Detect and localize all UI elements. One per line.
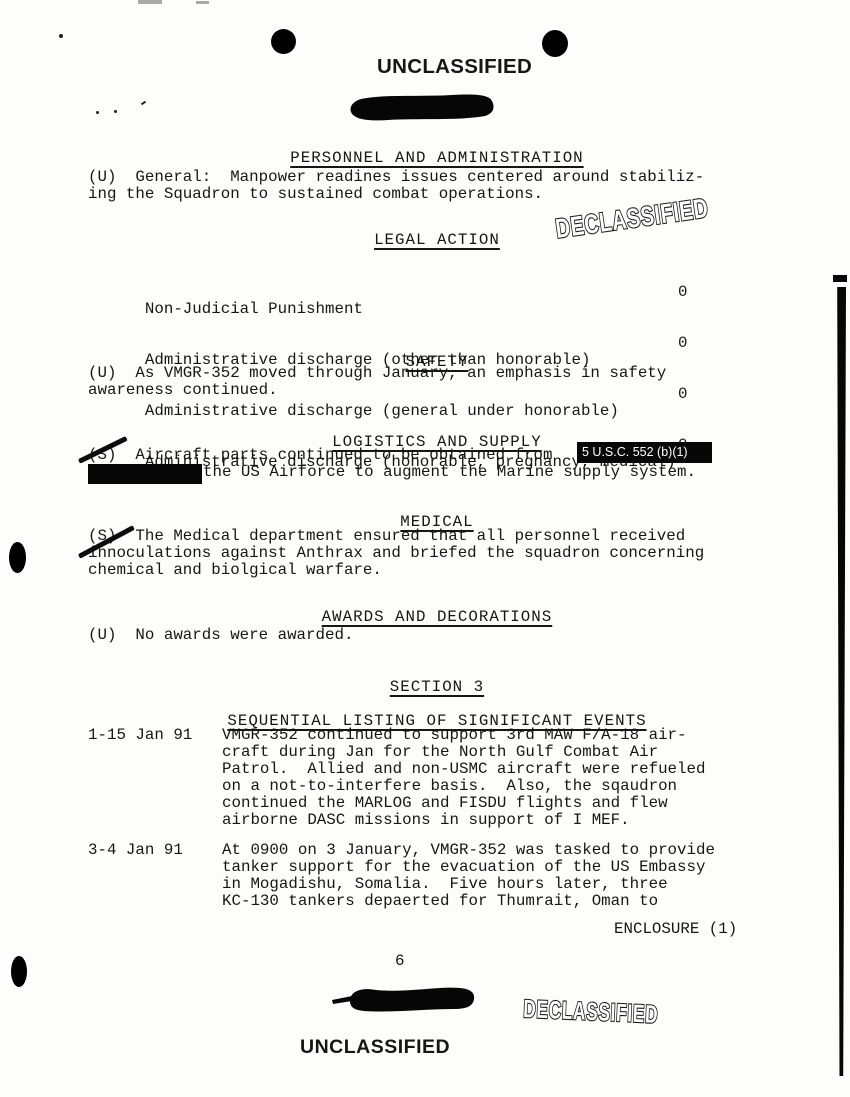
stamp-text: DECLASSIFIED: [554, 193, 711, 244]
heading-text: LEGAL ACTION: [374, 231, 500, 249]
header-classification: UNCLASSIFIED: [377, 55, 532, 79]
redaction-marker-top: [346, 92, 498, 124]
medical-paragraph: (S) The Medical department ensured that …: [88, 528, 704, 579]
row-label: Non-Judicial Punishment: [145, 300, 363, 318]
scan-speck: [114, 110, 117, 113]
event-date: 3-4 Jan 91: [88, 842, 183, 859]
redaction-box-blank: [88, 464, 202, 484]
redaction-marker-bottom: [330, 983, 480, 1015]
logistics-line-2: the US Airforce to augment the Marine su…: [203, 464, 696, 481]
table-row: Non-Judicial Punishment 0: [88, 284, 708, 301]
scan-speck: [141, 101, 146, 106]
heading-text: PERSONNEL AND ADMINISTRATION: [290, 149, 583, 167]
enclosure-note: ENCLOSURE (1): [614, 921, 737, 938]
hole-punch-top-left: [271, 29, 296, 54]
binding-mark-dash: [833, 275, 847, 282]
binding-mark-bar: [836, 287, 846, 1076]
logistics-line-1: (S) Aircraft parts continued to be obtai…: [88, 447, 553, 464]
row-value: 0: [678, 284, 687, 301]
declassified-stamp-bottom: DECLASSIFIED: [505, 985, 705, 1045]
redaction-box-exemption: 5 U.S.C. 552 (b)(1): [577, 442, 712, 463]
scan-artifact: [138, 0, 162, 4]
event-description: At 0900 on 3 January, VMGR-352 was taske…: [222, 842, 715, 910]
document-page: UNCLASSIFIED PERSONNEL AND ADMINISTRATIO…: [0, 0, 850, 1097]
event-date: 1-15 Jan 91: [88, 727, 192, 744]
stamp-text: DECLASSIFIED: [523, 995, 659, 1029]
row-value: 0: [678, 386, 687, 403]
heading-text: AWARDS AND DECORATIONS: [322, 608, 553, 626]
scan-speck: [59, 34, 63, 38]
hole-punch-left-middle: [9, 542, 26, 573]
event-description: VMGR-352 continued to support 3rd MAW F/…: [222, 727, 705, 829]
page-number: 6: [395, 953, 404, 970]
hole-punch-left-bottom: [11, 956, 27, 987]
hole-punch-top-right: [542, 30, 568, 57]
safety-paragraph: (U) As VMGR-352 moved through January, a…: [88, 365, 666, 399]
scan-artifact: [196, 1, 209, 4]
awards-paragraph: (U) No awards were awarded.: [88, 627, 353, 644]
heading-text: SECTION 3: [390, 678, 484, 696]
footer-classification: UNCLASSIFIED: [300, 1036, 450, 1059]
scan-speck: [96, 111, 99, 114]
